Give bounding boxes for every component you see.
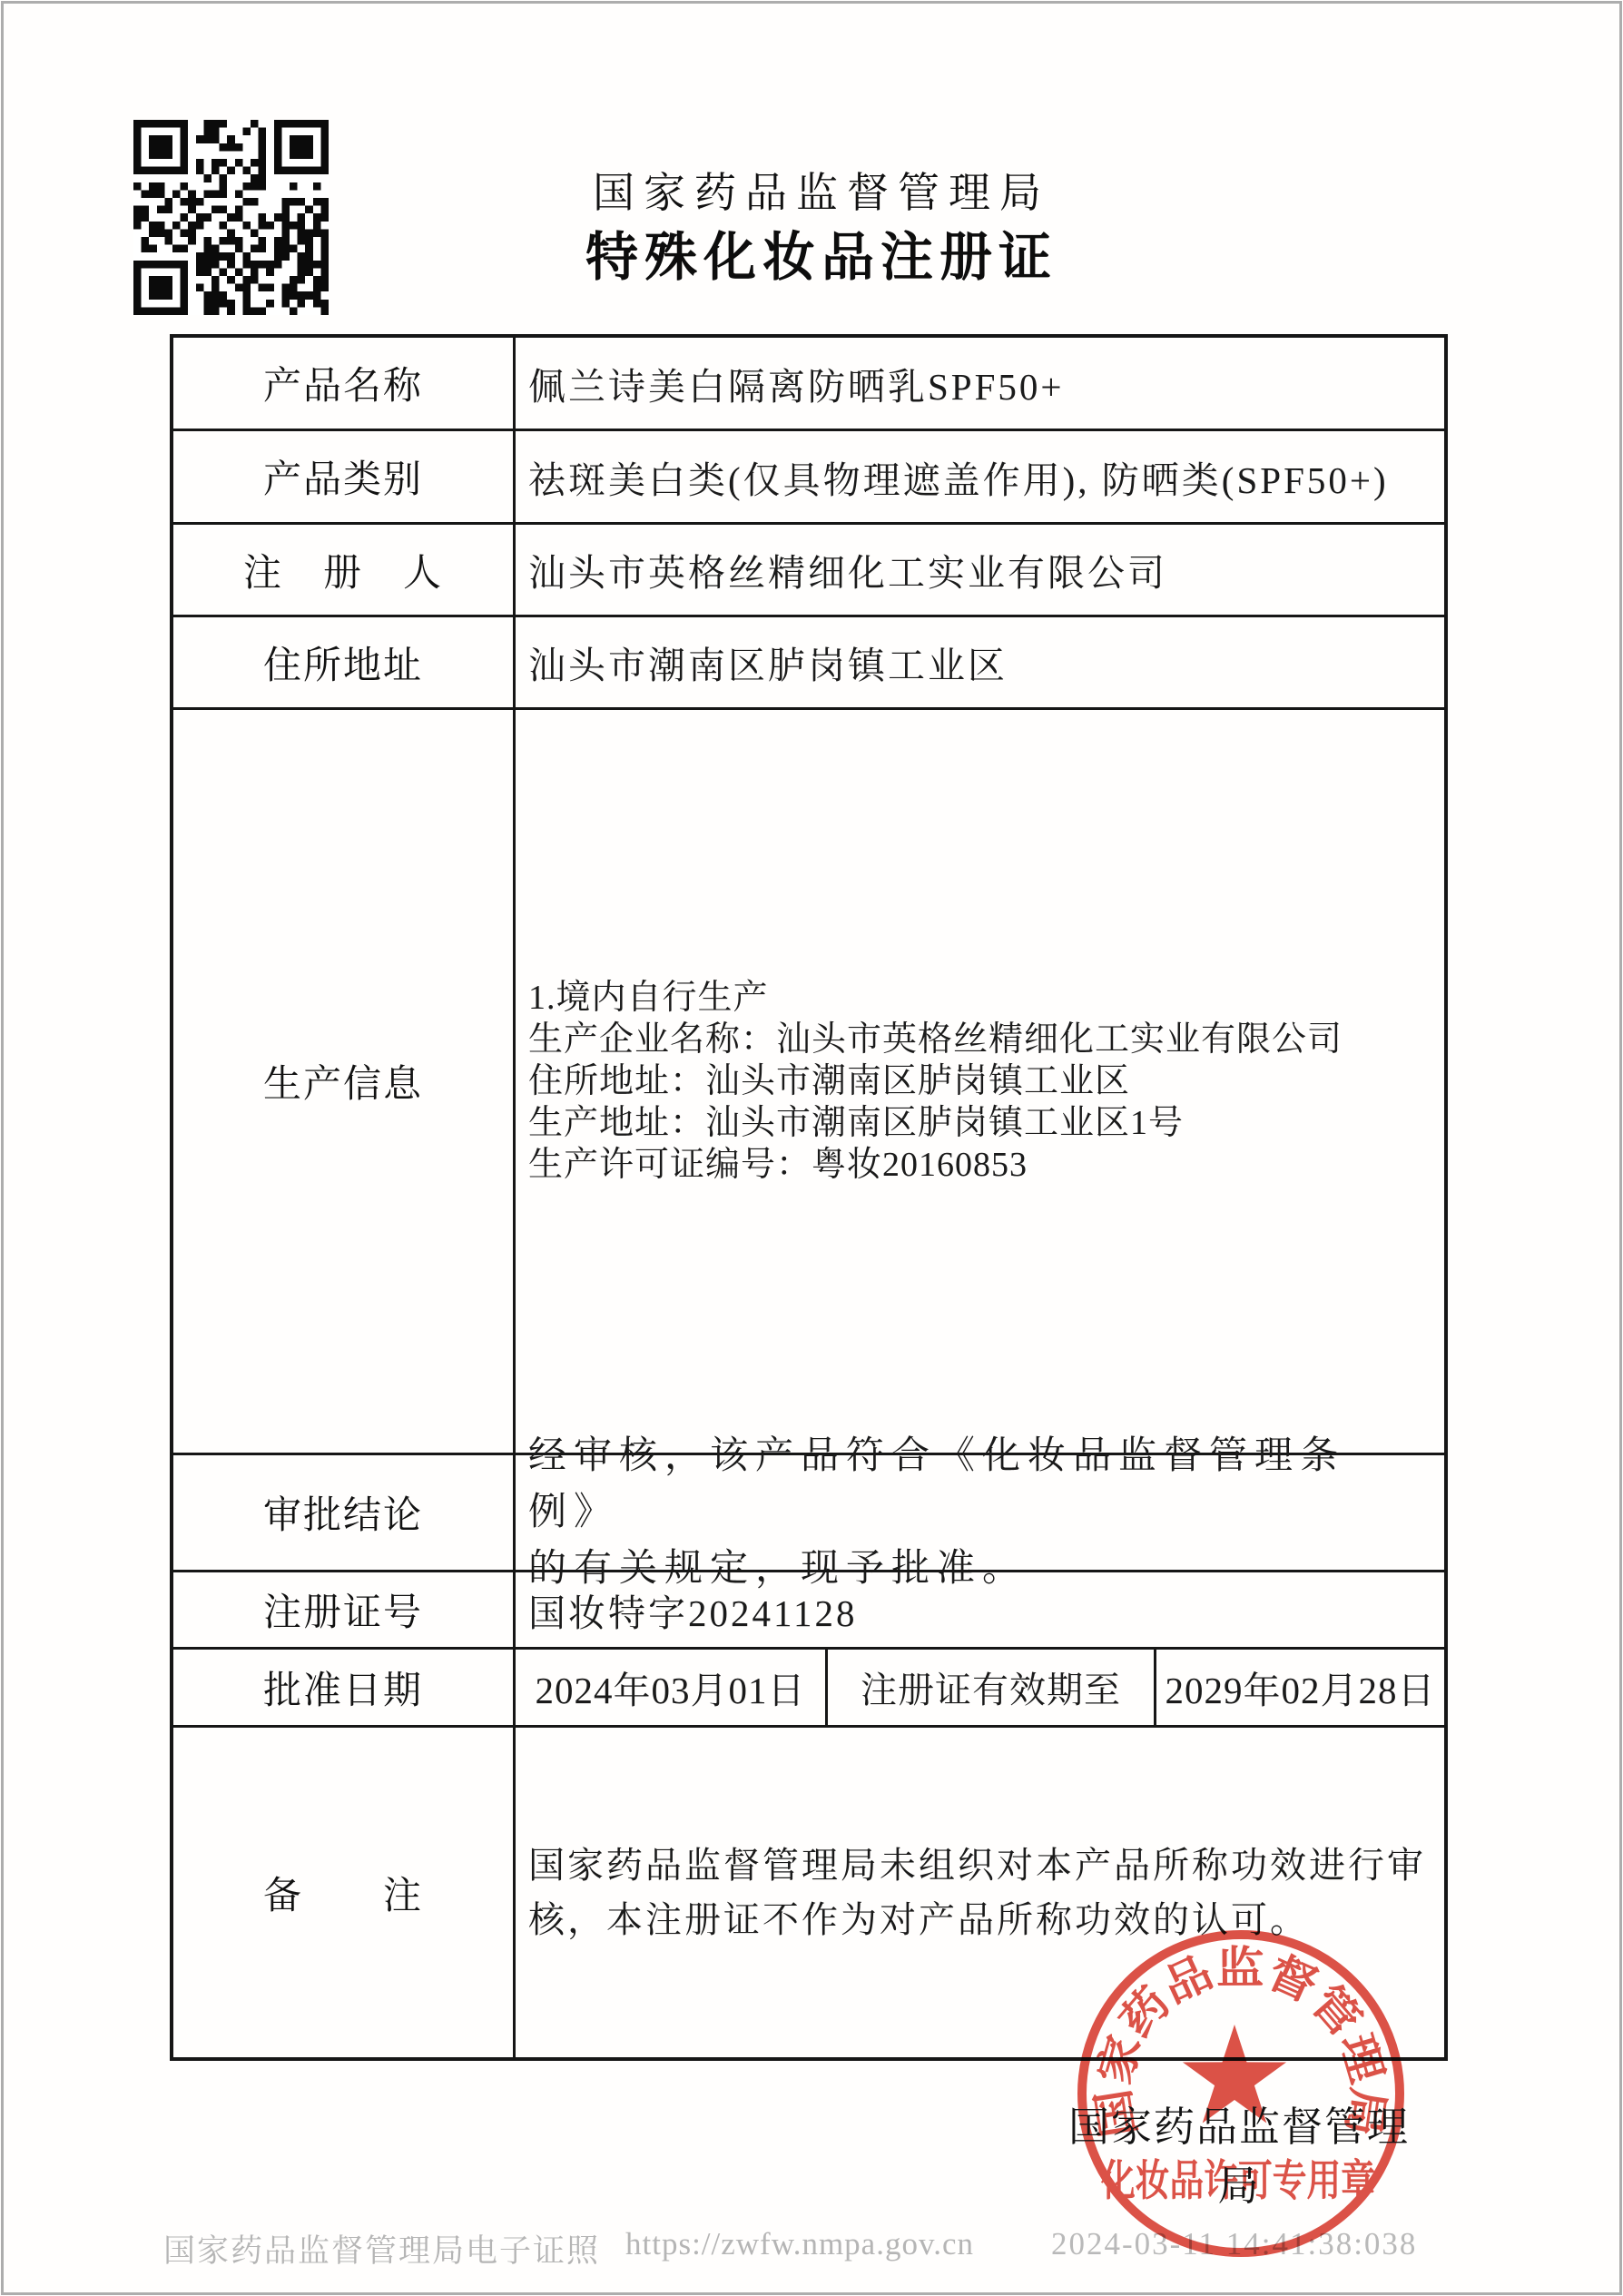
row-label: 备 注 [173, 1728, 516, 2057]
row-label: 批准日期 [173, 1650, 516, 1725]
row-label: 住所地址 [173, 617, 516, 707]
row-label: 产品名称 [173, 338, 516, 429]
product-name-value: 佩兰诗美白隔离防晒乳SPF50+ [516, 338, 1444, 429]
page-title: 特殊化妆品注册证 [0, 214, 1623, 291]
approval-date-value: 2024年03月01日 [516, 1650, 825, 1725]
certificate-number-value: 国妆特字20241128 [516, 1572, 1444, 1647]
footer-electronic-license-label: 国家药品监督管理局电子证照 [163, 2226, 600, 2271]
issuing-authority-signature: 国家药品监督管理局 [1053, 2094, 1425, 2212]
table-row-production-info: 生产信息 1.境内自行生产 生产企业名称：汕头市英格丝精细化工实业有限公司 住所… [173, 707, 1444, 1453]
table-row-registered-address: 住所地址 汕头市潮南区胪岗镇工业区 [173, 615, 1444, 707]
row-label: 生产信息 [173, 710, 516, 1453]
certificate-table: 产品名称 佩兰诗美白隔离防晒乳SPF50+ 产品类别 祛斑美白类(仅具物理遮盖作… [170, 334, 1448, 2061]
table-row-approval-date: 批准日期 2024年03月01日 注册证有效期至 2029年02月28日 [173, 1647, 1444, 1725]
production-info-value: 1.境内自行生产 生产企业名称：汕头市英格丝精细化工实业有限公司 住所地址：汕头… [516, 710, 1444, 1453]
row-label: 产品类别 [173, 431, 516, 522]
table-row-product-category: 产品类别 祛斑美白类(仅具物理遮盖作用), 防晒类(SPF50+) [173, 429, 1444, 522]
registered-address-value: 汕头市潮南区胪岗镇工业区 [516, 617, 1444, 707]
row-label: 注 册 人 [173, 525, 516, 615]
expiry-date-value: 2029年02月28日 [1156, 1650, 1444, 1725]
table-row-certificate-number: 注册证号 国妆特字20241128 [173, 1570, 1444, 1647]
product-category-value: 祛斑美白类(仅具物理遮盖作用), 防晒类(SPF50+) [516, 431, 1444, 522]
row-label: 注册证号 [173, 1572, 516, 1647]
row-label: 审批结论 [173, 1455, 516, 1570]
table-row-registrant: 注 册 人 汕头市英格丝精细化工实业有限公司 [173, 522, 1444, 615]
footer-url: https://zwfw.nmpa.gov.cn [625, 2226, 974, 2262]
approval-conclusion-value: 经审核，该产品符合《化妆品监督管理条例》 的有关规定，现予批准。 [516, 1455, 1444, 1570]
header-authority: 国家药品监督管理局 [0, 160, 1623, 220]
certificate-page: 国家药品监督管理局 特殊化妆品注册证 产品名称 佩兰诗美白隔离防晒乳SPF50+… [0, 0, 1623, 2296]
validity-label: 注册证有效期至 [825, 1650, 1156, 1725]
registrant-value: 汕头市英格丝精细化工实业有限公司 [516, 525, 1444, 615]
table-row-approval-conclusion: 审批结论 经审核，该产品符合《化妆品监督管理条例》 的有关规定，现予批准。 [173, 1453, 1444, 1570]
table-row-product-name: 产品名称 佩兰诗美白隔离防晒乳SPF50+ [173, 338, 1444, 429]
